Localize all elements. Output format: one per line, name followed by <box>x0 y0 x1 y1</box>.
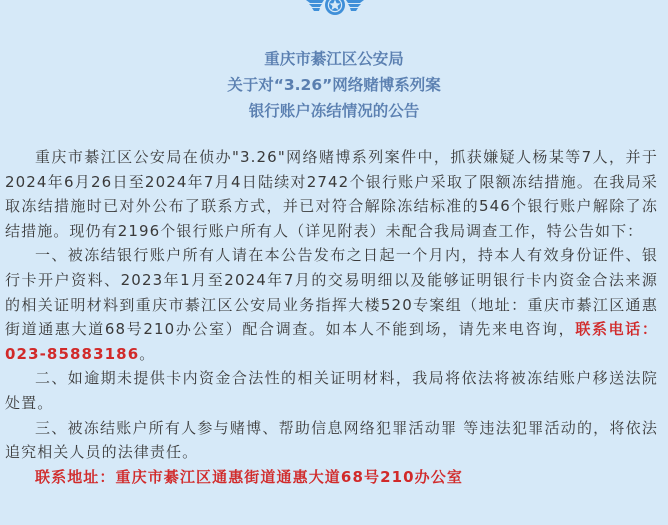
item-one-paragraph: 一、被冻结银行账户所有人请在本公告发布之日起一个月内，持本人有效身份证件、银行卡… <box>5 243 658 366</box>
item-one-text: 一、被冻结银行账户所有人请在本公告发布之日起一个月内，持本人有效身份证件、银行卡… <box>5 246 658 338</box>
police-emblem-icon <box>306 0 364 16</box>
title-line-agency: 重庆市綦江区公安局 <box>0 46 668 72</box>
title-line-subject: 银行账户冻结情况的公告 <box>0 98 668 124</box>
contact-address: 联系地址：重庆市綦江区通惠街道通惠大道68号210办公室 <box>5 465 658 490</box>
intro-paragraph: 重庆市綦江区公安局在侦办"3.26"网络赌博系列案件中，抓获嫌疑人杨某等7人，并… <box>5 145 658 243</box>
item-one-end: 。 <box>139 345 155 363</box>
announcement-body: 重庆市綦江区公安局在侦办"3.26"网络赌博系列案件中，抓获嫌疑人杨某等7人，并… <box>5 145 658 489</box>
title-line-case: 关于对“3.26”网络赌博系列案 <box>0 72 668 98</box>
item-three-paragraph: 三、被冻结账户所有人参与赌博、帮助信息网络犯罪活动罪 等违法犯罪活动的，将依法追… <box>5 416 658 465</box>
announcement-title: 重庆市綦江区公安局 关于对“3.26”网络赌博系列案 银行账户冻结情况的公告 <box>0 46 668 124</box>
item-two-paragraph: 二、如逾期未提供卡内资金合法性的相关证明材料，我局将依法将被冻结账户移送法院处置… <box>5 366 658 415</box>
